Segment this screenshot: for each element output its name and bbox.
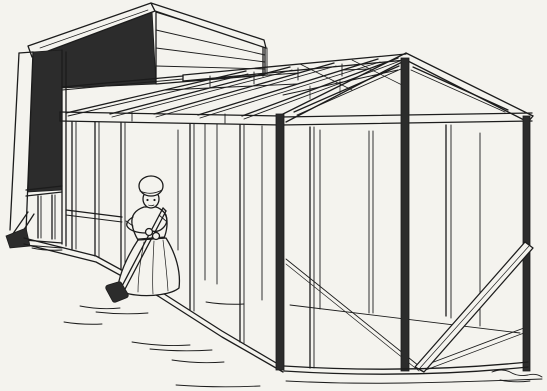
woman-hand <box>146 229 153 236</box>
engraving-figure <box>0 0 547 391</box>
shed-face <box>28 50 62 192</box>
engraving-page <box>0 0 547 391</box>
woman-eye <box>153 199 155 201</box>
woman-eye <box>146 199 148 201</box>
gable-left-corner-post <box>276 114 284 370</box>
woman-hand <box>153 233 160 240</box>
illustration-svg <box>0 0 547 391</box>
king-post <box>401 58 409 371</box>
